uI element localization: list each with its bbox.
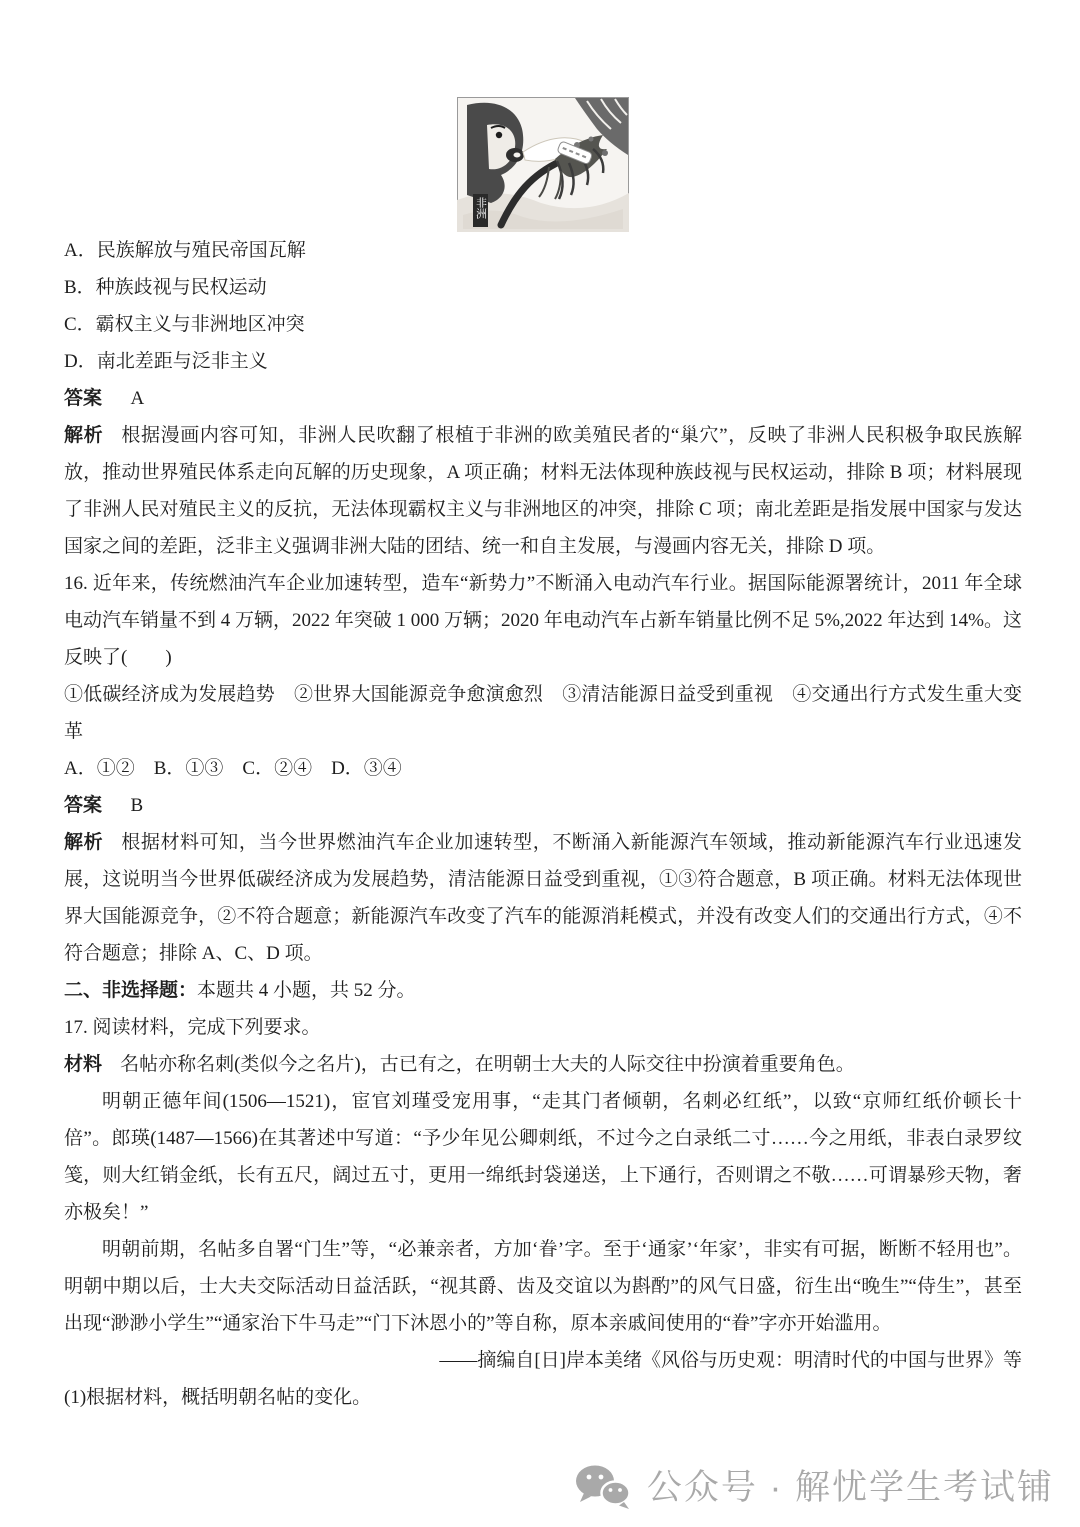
q16-options-line: A．①② B．①③ C．②④ D．③④ [64,750,1022,787]
cartoon-illustration: 非洲 [457,97,629,232]
cartoon-region-label: 非洲 [475,196,488,220]
q16-answer-row: 答案B [64,787,1022,824]
q17-material-text: 名帖亦称名刺(类似今之名片)，古已有之，在明朝士大夫的人际交往中扮演着重要角色。 [120,1054,855,1075]
q15-answer-value: A [131,388,145,409]
q15-option-a: A．民族解放与殖民帝国瓦解 [64,232,1022,269]
q15-option-d: D．南北差距与泛非主义 [64,343,1022,380]
answer-label: 答案 [64,795,102,816]
section2-rest: 本题共 4 小题，共 52 分。 [197,980,416,1001]
wechat-icon [575,1464,631,1510]
q16-answer-value: B [131,795,144,816]
footer-watermark: 公众号 · 解忧学生考试铺 [575,1459,1054,1515]
q15-option-c: C．霸权主义与非洲地区冲突 [64,306,1022,343]
political-cartoon: 非洲 [457,97,629,232]
q15-analysis-text: 根据漫画内容可知，非洲人民吹翻了根植于非洲的欧美殖民者的“巢穴”，反映了非洲人民… [64,425,1022,557]
analysis-label: 解析 [64,832,103,853]
q16-items: ①低碳经济成为发展趋势 ②世界大国能源竞争愈演愈烈 ③清洁能源日益受到重视 ④交… [64,676,1022,750]
material-label: 材料 [64,1054,102,1075]
q17-intro: 17. 阅读材料，完成下列要求。 [64,1009,1022,1046]
q17-paragraph-2: 明朝前期，名帖多自署“门生”等，“必兼亲者，方加‘眷’字。至于‘通家’‘年家’，… [64,1231,1022,1342]
q16-analysis-text: 根据材料可知，当今世界燃油汽车企业加速转型，不断涌入新能源汽车领域，推动新能源汽… [64,832,1022,964]
section2-heading: 二、非选择题：本题共 4 小题，共 52 分。 [64,972,1022,1009]
exam-page: 非洲 A．民族解放与殖民帝国瓦解 B．种族歧视与民权运动 C．霸权主义与非洲地区… [0,0,1080,1527]
q17-paragraph-1: 明朝正德年间(1506—1521)，宦官刘瑾受宠用事，“走其门者倾朝，名刺必红纸… [64,1083,1022,1231]
q15-analysis: 解析根据漫画内容可知，非洲人民吹翻了根植于非洲的欧美殖民者的“巢穴”，反映了非洲… [64,417,1022,565]
answer-label: 答案 [64,388,102,409]
q17-source-citation: ——摘编自[日]岸本美绪《风俗与历史观：明清时代的中国与世界》等 [64,1342,1022,1379]
q16-analysis: 解析根据材料可知，当今世界燃油汽车企业加速转型，不断涌入新能源汽车领域，推动新能… [64,824,1022,972]
page-content: 非洲 A．民族解放与殖民帝国瓦解 B．种族歧视与民权运动 C．霸权主义与非洲地区… [0,0,1080,1416]
q15-answer-row: 答案A [64,380,1022,417]
q17-material-row: 材料名帖亦称名刺(类似今之名片)，古已有之，在明朝士大夫的人际交往中扮演着重要角… [64,1046,1022,1083]
footer-brand-text: 公众号 · 解忧学生考试铺 [647,1469,1054,1506]
section2-label: 二、非选择题： [64,980,197,1001]
q16-stem: 16. 近年来，传统燃油汽车企业加速转型，造车“新势力”不断涌入电动汽车行业。据… [64,565,1022,676]
q17-subquestion-1: (1)根据材料，概括明朝名帖的变化。 [64,1379,1022,1416]
analysis-label: 解析 [64,425,103,446]
q15-option-b: B．种族歧视与民权运动 [64,269,1022,306]
